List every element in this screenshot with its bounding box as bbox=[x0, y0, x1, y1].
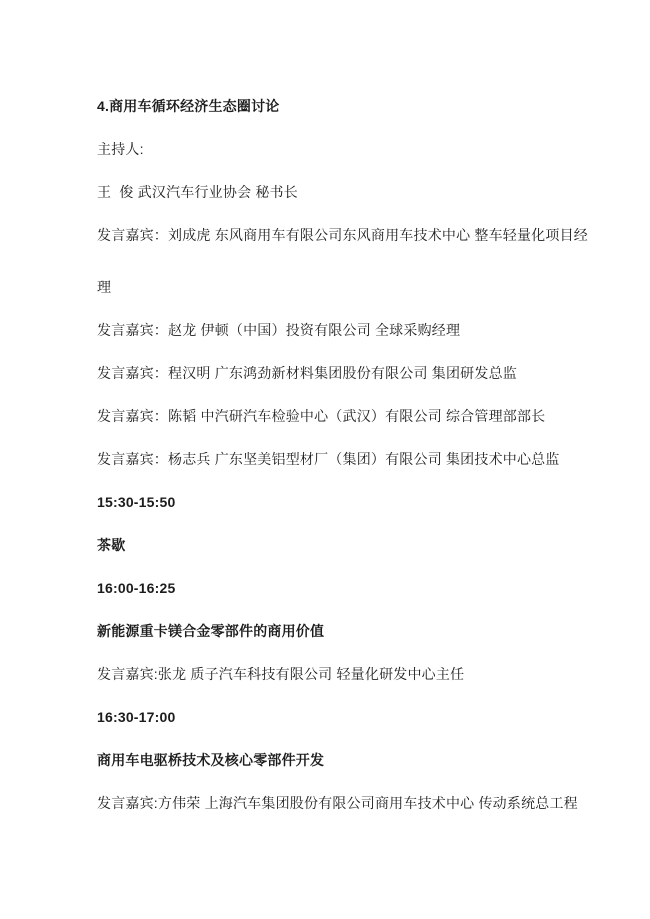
speaker-entry: 发言嘉宾:方伟荣 上海汽车集团股份有限公司商用车技术中心 传动系统总工程 bbox=[97, 777, 595, 829]
document-page: 4.商用车循环经济生态圈讨论 主持人: 王 俊 武汉汽车行业协会 秘书长 发言嘉… bbox=[0, 0, 650, 919]
speaker-entry: 发言嘉宾：刘成虎 东风商用车有限公司东风商用车技术中心 整车轻量化项目经 bbox=[97, 209, 595, 261]
